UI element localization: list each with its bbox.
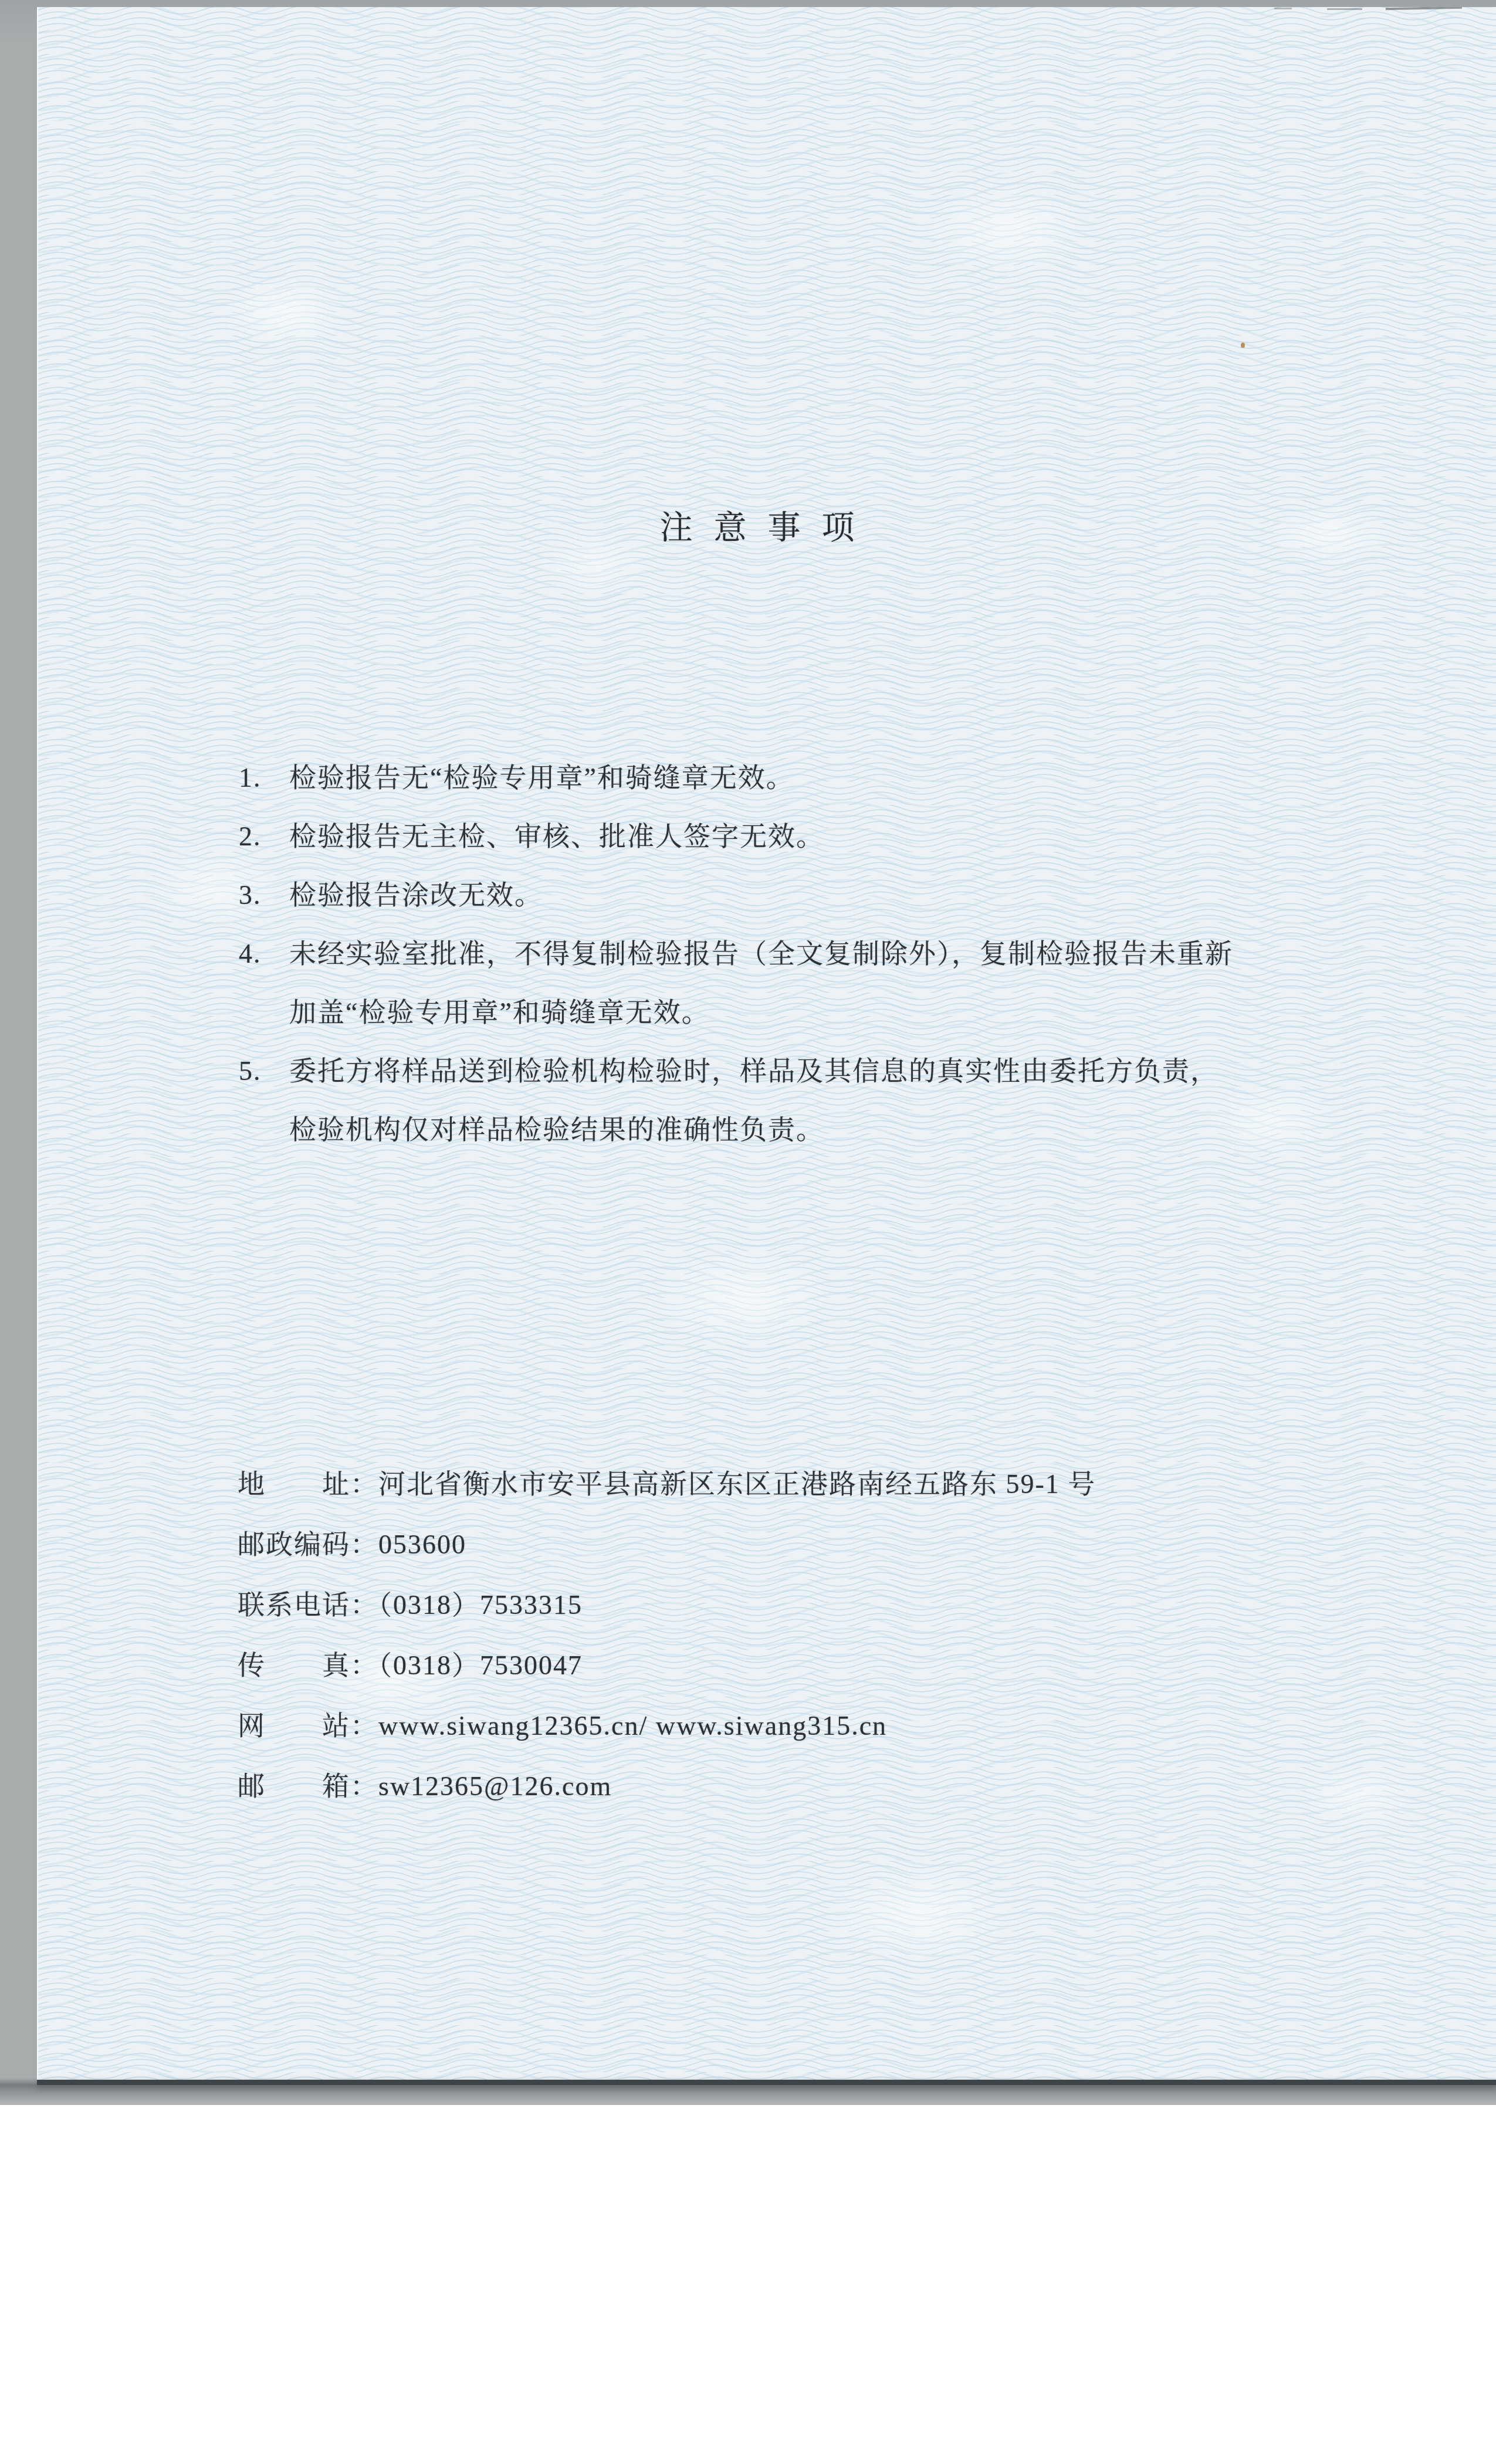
contact-value-phone: （0318）7533315 [378,1590,583,1620]
contact-value-email: sw12365@126.com [378,1771,612,1801]
scanned-document-page: 注意事项 1. 检验报告无“检验专用章”和骑缝章无效。 2. 检验报告无主检、审… [0,0,1496,2464]
contact-row-email: 邮 箱：sw12365@126.com [238,1756,1352,1816]
contact-row-fax: 传 真：（0318）7530047 [238,1635,1352,1695]
paper-top-edge-tear [1274,8,1292,9]
notice-number: 4. [239,925,262,983]
contact-label: 网 站： [238,1711,378,1741]
contact-info-block: 地 址：河北省衡水市安平县高新区东区正港路南经五路东 59-1 号 邮政编码：0… [238,1454,1352,1816]
notice-number: 1. [239,749,262,807]
contact-row-postcode: 邮政编码：053600 [238,1514,1352,1575]
paper-speck [1241,343,1245,348]
contact-label: 邮政编码： [238,1529,378,1559]
paper-sheet: 注意事项 1. 检验报告无“检验专用章”和骑缝章无效。 2. 检验报告无主检、审… [37,7,1496,2080]
notice-list: 1. 检验报告无“检验专用章”和骑缝章无效。 2. 检验报告无主检、审核、批准人… [239,749,1271,1159]
notice-item-1: 1. 检验报告无“检验专用章”和骑缝章无效。 [239,749,1271,807]
contact-label: 邮 箱： [238,1771,378,1801]
notice-line: 委托方将样品送到检验机构检验时，样品及其信息的真实性由委托方负责， [289,1042,1271,1101]
contact-value-website: www.siwang12365.cn/ www.siwang315.cn [378,1711,887,1741]
notice-item-4: 4. 未经实验室批准，不得复制检验报告（全文复制除外），复制检验报告未重新 加盖… [239,925,1271,1042]
contact-label: 联系电话： [238,1590,378,1620]
contact-value-fax: （0318）7530047 [378,1650,583,1680]
notice-number: 3. [239,866,262,925]
contact-row-website: 网 站：www.siwang12365.cn/ www.siwang315.cn [238,1695,1352,1756]
paper-top-edge-tear [1327,8,1362,10]
notice-line: 未经实验室批准，不得复制检验报告（全文复制除外），复制检验报告未重新 [289,925,1271,983]
notice-item-2: 2. 检验报告无主检、审核、批准人签字无效。 [239,807,1271,866]
contact-label: 地 址： [238,1469,378,1499]
notice-line: 检验报告无“检验专用章”和骑缝章无效。 [289,749,1271,807]
notice-number: 2. [239,807,262,866]
notice-number: 5. [239,1042,262,1101]
contact-row-phone: 联系电话：（0318）7533315 [238,1575,1352,1635]
contact-row-address: 地 址：河北省衡水市安平县高新区东区正港路南经五路东 59-1 号 [238,1454,1352,1514]
contact-value-postcode: 053600 [378,1529,466,1559]
notice-line: 检验机构仅对样品检验结果的准确性负责。 [289,1101,1271,1159]
contact-label: 传 真： [238,1650,378,1680]
notice-item-3: 3. 检验报告涂改无效。 [239,866,1271,925]
notice-line: 检验报告涂改无效。 [289,866,1271,925]
paper-bottom-edge-shadow [37,2080,1496,2085]
notice-item-5: 5. 委托方将样品送到检验机构检验时，样品及其信息的真实性由委托方负责， 检验机… [239,1042,1271,1159]
notice-line: 加盖“检验专用章”和骑缝章无效。 [289,983,1271,1042]
notice-line: 检验报告无主检、审核、批准人签字无效。 [289,807,1271,866]
page-title: 注意事项 [38,502,1496,549]
contact-value-address: 河北省衡水市安平县高新区东区正港路南经五路东 59-1 号 [378,1469,1096,1499]
